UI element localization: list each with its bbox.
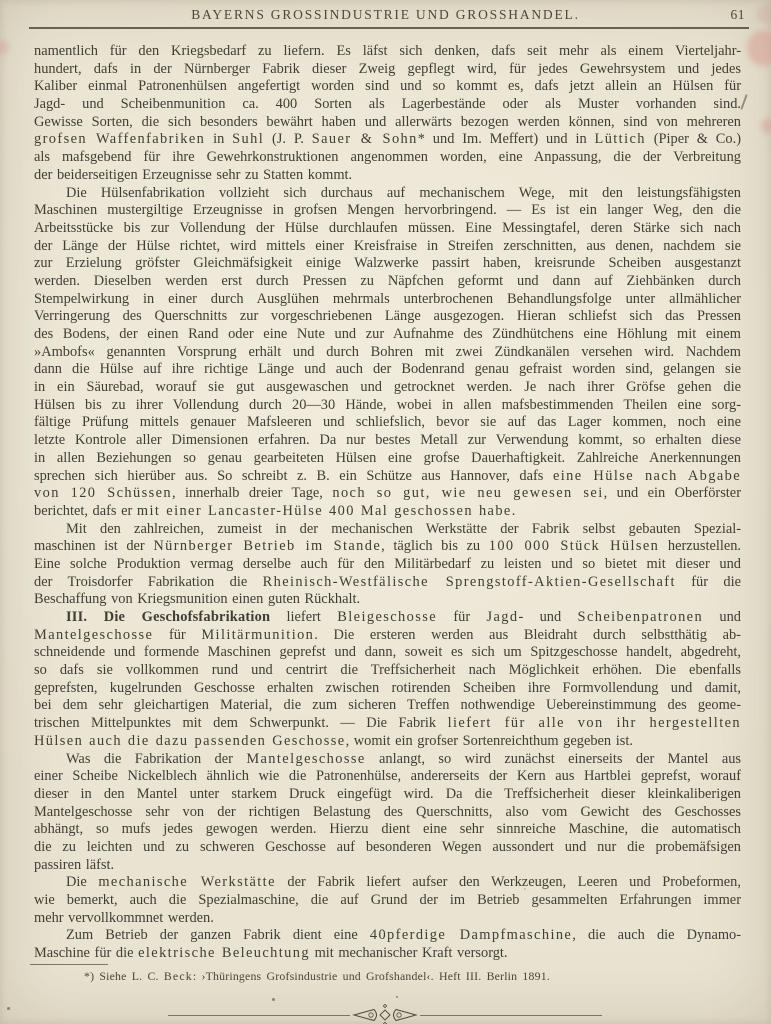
text-line: Was die Fabrikation der Mantelgeschosse … [34, 751, 741, 769]
text-line: so dafs sie vollkommen rund und centrirt… [34, 662, 741, 680]
paragraph: Die mechanische Werkstätte der Fabrik li… [34, 874, 741, 927]
text-line: der Troisdorfer Fabrikation die Rheinisc… [34, 574, 741, 592]
text-line: Jagd- und Scheibenmunition ca. 400 Sorte… [34, 96, 741, 114]
text-line: zur Erzielung gröfster Gleichmäfsigkeit … [34, 255, 741, 273]
text-line: Mantelgeschosse für Militärmunition. Die… [34, 627, 741, 645]
text-line: trischen Mittelpunktes mit dem Schwerpun… [34, 715, 741, 733]
body-text: namentlich für den Kriegsbedarf zu liefe… [34, 43, 741, 963]
text-line: schneidende und formende Maschinen gepre… [34, 644, 741, 662]
text-line: Maschine für die elektrische Beleuchtung… [34, 945, 741, 963]
running-head-title: BAYERNS GROSSINDUSTRIE UND GROSSHANDEL. [0, 7, 771, 23]
text-line: in allen Beziehungen so genau gearbeitet… [34, 450, 741, 468]
text-line: Hülsen auch die dazu passenden Geschosse… [34, 733, 741, 751]
tailpiece-ornament [168, 1004, 602, 1024]
text-line: Kaliber einmal Patronenhülsen angefertig… [34, 78, 741, 96]
text-line: Gewisse Sorten, die sich besonders bewäh… [34, 114, 741, 132]
edge-smudge [0, 40, 9, 55]
text-line: sprechen sich hierüber aus. So schreibt … [34, 468, 741, 486]
text-line: Mit den zahlreichen, zumeist in der mech… [34, 521, 741, 539]
text-line: Zum Betrieb der ganzen Fabrik dient eine… [34, 927, 741, 945]
text-line: mehr vervollkommnet werden. [34, 910, 741, 928]
text-line: von 120 Schüssen, innerhalb dreier Tage,… [34, 485, 741, 503]
footnote-rule [30, 964, 108, 965]
text-line: maschinen ist der Nürnberger Betrieb im … [34, 538, 741, 556]
text-line: Mantelgeschosse sehr von der richtigen B… [34, 804, 741, 822]
text-line: Hülsen bis zu ihrer Vollendung durch 20—… [34, 397, 741, 415]
text-line: dann die Hülse auf ihre richtige Länge u… [34, 361, 741, 379]
text-line: der beiderseitigen Erzeugnisse sehr zu S… [34, 167, 741, 185]
text-line: als mafsgebend für ihre Gewehrkonstrukti… [34, 149, 741, 167]
text-line: in ein Säurebad, worauf sie gut ausgewas… [34, 379, 741, 397]
scan-speck [7, 1007, 10, 1010]
text-line: Verringerung des Querschnitts zur vorges… [34, 308, 741, 326]
paragraph: namentlich für den Kriegsbedarf zu liefe… [34, 43, 741, 185]
text-line: III. Die Geschofsfabrikation liefert Ble… [34, 609, 741, 627]
text-line: grofsen Waffenfabriken in Suhl (J. P. Sa… [34, 131, 741, 149]
text-line: bei dem sehr gleichartigen Material, die… [34, 697, 741, 715]
header-rule [29, 27, 749, 29]
text-line: Die Hülsenfabrikation vollzieht sich dur… [34, 185, 741, 203]
scan-speck [272, 998, 275, 1001]
text-line: die zu leichten und zu schweren Geschoss… [34, 839, 741, 857]
page-number: 61 [731, 7, 746, 23]
scan-speck [396, 996, 398, 998]
text-line: abhängt, so mufs jedes gewogen werden. H… [34, 821, 741, 839]
scanned-book-page: BAYERNS GROSSINDUSTRIE UND GROSSHANDEL. … [0, 0, 771, 1024]
text-line: werden. Dieselben werden erst durch Pres… [34, 273, 741, 291]
text-line: wie bemerkt, auch die Spezialmaschine, d… [34, 892, 741, 910]
paragraph: Die Hülsenfabrikation vollzieht sich dur… [34, 185, 741, 521]
paragraph: Zum Betrieb der ganzen Fabrik dient eine… [34, 927, 741, 962]
paragraph: Mit den zahlreichen, zumeist in der mech… [34, 521, 741, 609]
ornament-line-left [168, 1015, 350, 1016]
text-line: Stempelwirkung in einer durch Ausglühen … [34, 291, 741, 309]
text-line: letzte Kontrole aller Dimensionen erfahr… [34, 432, 741, 450]
text-line: namentlich für den Kriegsbedarf zu liefe… [34, 43, 741, 61]
text-line: der Länge der Hülse richtet, wird mittel… [34, 238, 741, 256]
text-line: hundert, dafs in der Nürnberger Fabrik d… [34, 61, 741, 79]
text-line: des Bodens, der einen Rand oder eine Nut… [34, 326, 741, 344]
text-line: Beschaffung von Kriegsmunition einen gut… [34, 591, 741, 609]
pen-mark [740, 94, 747, 110]
edge-smudge [747, 30, 771, 66]
edge-smudge [761, 118, 771, 134]
text-line: geprefsten, kugelrunden Geschosse erhalt… [34, 680, 741, 698]
text-line: Maschinen mustergiltige Erzeugnisse in g… [34, 202, 741, 220]
text-line: fältige Prüfung mittels genauer Mafsleer… [34, 414, 741, 432]
paragraph: Was die Fabrikation der Mantelgeschosse … [34, 751, 741, 875]
text-line: Die mechanische Werkstätte der Fabrik li… [34, 874, 741, 892]
text-line: Arbeitsstücke bis zur Vollendung der Hül… [34, 220, 741, 238]
text-line: berichtet, dafs er mit einer Lancaster-H… [34, 503, 741, 521]
text-line: »Ambofs« genannten Vorsprung erhält und … [34, 344, 741, 362]
text-line: einer Scheibe Nickelblech ähnlich wie di… [34, 768, 741, 786]
text-line: passiren läfst. [34, 857, 741, 875]
text-line: dieser in den Mantel unter starkem Druck… [34, 786, 741, 804]
ornament-line-right [420, 1015, 602, 1016]
footnote-text: *) Siehe L. C. Beck: ›Thüringens Grofsin… [84, 969, 550, 984]
paragraph: III. Die Geschofsfabrikation liefert Ble… [34, 609, 741, 751]
text-line: Eine solche Produktion vermag derselbe a… [34, 556, 741, 574]
diamond-fleuron-icon [352, 1004, 418, 1024]
